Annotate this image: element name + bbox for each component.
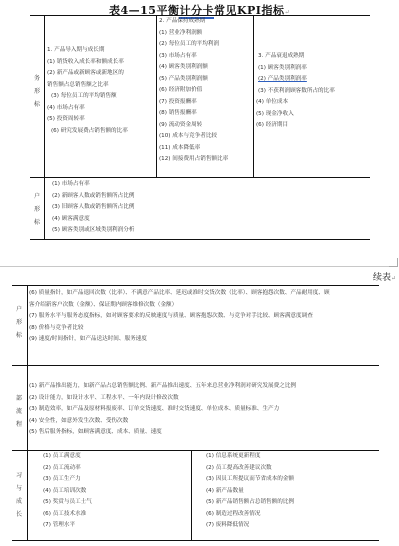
kpi-item: (6) 经济附加价值 (159, 85, 228, 97)
learning-growth-right-cell: (1) 信息系统更新程度 (2) 员工提高改善建议次数 (3) 因员工所提议而节… (206, 451, 294, 532)
kpi-item: (6) 质量指针，如产品退回次数（比率）、不满意产品比率、延迟或准时交货次数（比… (29, 288, 335, 311)
kpi-item: (3) 市场占有率 (159, 51, 228, 63)
kpi-item: (7) 废料降低情况 (206, 520, 294, 532)
table1-row-divider (30, 177, 370, 178)
kpi-item: (2) 员工提高改善建议次数 (206, 463, 294, 475)
kpi-item: (5) 顾客类别或区域类别利润分析 (52, 225, 134, 237)
category-char: 成 (14, 495, 24, 508)
kpi-item: (3) 每位员工的平均销售额 (47, 91, 128, 103)
kpi-item: (1) 市场占有率 (52, 179, 134, 191)
table1-category-divider (44, 15, 45, 239)
kpi-item: (4) 安全性，如意外发生次数、受伤次数 (29, 416, 296, 428)
customer-kpi-cont-cell: (6) 质量指针，如产品退回次数（比率）、不满意产品比率、延迟或准时交货次数（比… (29, 288, 335, 346)
kpi-item: (5) 新产品销售额占总销售额的比例 (206, 497, 294, 509)
table1-col-divider-1 (156, 15, 157, 177)
category-char: 户 (32, 190, 42, 203)
kpi-item: (3) 不获利润顾客数所占的比率 (256, 86, 335, 98)
kpi-item: (6) 经济期目 (256, 120, 335, 132)
kpi-item: (1) 信息系统更新程度 (206, 451, 294, 463)
paragraph-mark: ↵ (391, 275, 396, 282)
kpi-item: (9) 流动资金周转 (159, 120, 228, 132)
kpi-item: (2) 新顾客人数或销售额所占比例 (52, 191, 134, 203)
category-char: 形 (14, 316, 24, 329)
kpi-item: (4) 市场占有率 (47, 103, 128, 115)
kpi-item: (5) 奖赏与员工士气 (43, 497, 92, 509)
category-char: 标 (14, 329, 24, 342)
kpi-item: (4) 新产品数量 (206, 486, 294, 498)
page-break-line (0, 266, 392, 267)
kpi-item: (10) 成本与竞争者比较 (159, 131, 228, 143)
decline-stage-cell: 3. 产品衰退成熟期 (1) 顾客类别利润率 (2) 产品类别利润率 (3) 不… (256, 51, 335, 132)
kpi-item: (6) 研究发展费占销售额的比率 (47, 126, 128, 138)
kpi-item: (9) 速度/时间指针，如产品送达时间、服务速度 (29, 334, 335, 346)
kpi-item: (7) 服务水平与服务态度指标，如对顾客要求的反映速度与质量、顾客抱怨次数、与竞… (29, 311, 335, 323)
customer-kpi-cell: (1) 市场占有率 (2) 新顾客人数或销售额所占比例 (3) 旧顾客人数或销售… (52, 179, 134, 237)
kpi-item: (3) 因员工所提议而节省成本的金额 (206, 474, 294, 486)
stage-heading: 1. 产品导入期与成长期 (47, 45, 128, 57)
kpi-item: (11) 成本降低率 (159, 143, 228, 155)
category-label-customer: 户 形 标 (32, 190, 42, 229)
category-char: 务 (32, 72, 42, 85)
kpi-item: (8) 销售报酬率 (159, 108, 228, 120)
kpi-item: (4) 顾客满意度 (52, 214, 134, 226)
category-char: 流 (14, 405, 24, 418)
table2-growth-col-divider (191, 450, 192, 540)
category-label-learning-growth: 习 与 成 长 (14, 469, 24, 521)
kpi-item: (2) 员工流动率 (43, 463, 92, 475)
category-label-internal-process: 部 流 程 (14, 392, 24, 431)
kpi-item: (6) 员工技术水准 (43, 509, 92, 521)
kpi-item: (4) 顾客类别利润额 (159, 62, 228, 74)
table2-category-divider (27, 285, 28, 540)
kpi-item: (6) 制造过程改善情况 (206, 509, 294, 521)
kpi-item-underlined: (2) 产品类别利润率 (256, 74, 335, 86)
kpi-item: (1) 新产品推出能力，如新产品占总销售额比例、新产品推出速度、五年来总营业净利… (29, 381, 296, 393)
kpi-item: (4) 员工培训次数 (43, 486, 92, 498)
table1-bottom-border (30, 239, 370, 240)
kpi-item: (1) 营业净利润额 (159, 28, 228, 40)
kpi-item: (4) 单位成本 (256, 97, 335, 109)
category-char: 形 (32, 203, 42, 216)
page-corner-mark (389, 258, 398, 267)
stage-heading: 2. 产品保持成熟期 (159, 16, 228, 28)
category-char: 形 (32, 85, 42, 98)
kpi-item: (3) 员工生产力 (43, 474, 92, 486)
category-char: 长 (14, 508, 24, 521)
category-char: 习 (14, 469, 24, 482)
category-label-customer-cont: 户 形 标 (14, 303, 24, 342)
table2-top-border (12, 285, 379, 286)
continued-label: 续表↵ (373, 270, 396, 283)
mature-stage-cell: 2. 产品保持成熟期 (1) 营业净利润额 (2) 每位员工的平均利润 (3) … (159, 16, 228, 166)
kpi-item: 销售额占总销售额之比率 (47, 80, 128, 92)
table2-row-divider-1 (12, 365, 379, 366)
continued-text: 续表 (373, 273, 391, 283)
kpi-item: (3) 制造效率，如产品及原材料报废率、订单交货速度、准时交货速度、单位成本、质… (29, 404, 296, 416)
kpi-item: (2) 新产品或新顾客或新地区的 (47, 68, 128, 80)
kpi-item: (3) 旧顾客人数或销售额所占比例 (52, 202, 134, 214)
category-label-finance: 务 形 标 (32, 72, 42, 111)
kpi-item: (1) 员工满意度 (43, 451, 92, 463)
stage-heading: 3. 产品衰退成熟期 (256, 51, 335, 63)
category-char: 标 (32, 216, 42, 229)
kpi-item-text: (2) 产品类别利润率 (258, 76, 307, 82)
category-char: 户 (14, 303, 24, 316)
kpi-item: (12) 间接费用占销售额比率 (159, 154, 228, 166)
kpi-item: (5) 现金净收入 (256, 109, 335, 121)
kpi-item: (5) 产品类别利润额 (159, 74, 228, 86)
learning-growth-left-cell: (1) 员工满意度 (2) 员工流动率 (3) 员工生产力 (4) 员工培训次数… (43, 451, 92, 532)
growth-stage-cell: 1. 产品导入期与成长期 (1) 销货收入成长率和额成长率 (2) 新产品或新顾… (47, 45, 128, 137)
kpi-item: (2) 设计能力，如设计水平、工程水平、一年内设计修改次数 (29, 393, 296, 405)
kpi-item: (8) 价格与竞争者比较 (29, 323, 335, 335)
table1-col-divider-2 (253, 15, 254, 177)
kpi-item: (5) 售后服务指标，如顾客满意度、成本、质量、速度 (29, 427, 296, 439)
category-char: 与 (14, 482, 24, 495)
category-char: 标 (32, 98, 42, 111)
category-char: 部 (14, 392, 24, 405)
kpi-item: (5) 投资周转率 (47, 114, 128, 126)
kpi-item: (1) 顾客类别利润率 (256, 63, 335, 75)
kpi-item: (2) 每位员工的平均利润 (159, 39, 228, 51)
category-char: 程 (14, 418, 24, 431)
internal-process-kpi-cell: (1) 新产品推出能力，如新产品占总销售额比例、新产品推出速度、五年来总营业净利… (29, 381, 296, 439)
kpi-item: (7) 管理水平 (43, 520, 92, 532)
table2-bottom-border (12, 540, 379, 541)
kpi-item: (7) 投资报酬率 (159, 97, 228, 109)
kpi-item: (1) 销货收入成长率和额成长率 (47, 57, 128, 69)
